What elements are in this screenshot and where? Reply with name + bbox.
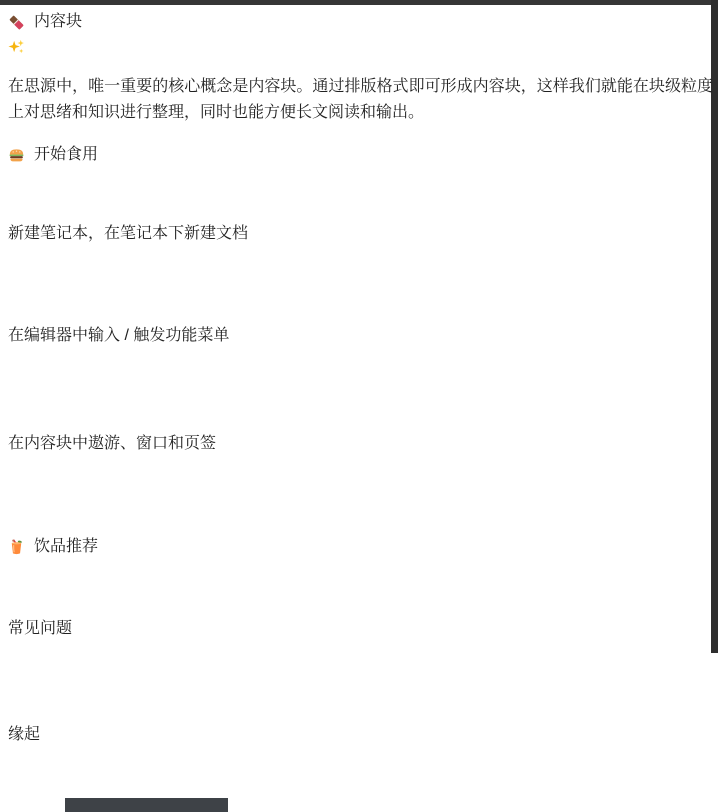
item-create-notebook[interactable]: 新建笔记本，在笔记本下新建文档 bbox=[8, 224, 248, 244]
chocolate-bar-icon bbox=[8, 14, 25, 31]
hamburger-icon bbox=[8, 147, 25, 164]
taskbar-fragment bbox=[65, 798, 228, 812]
sparkles-block[interactable] bbox=[8, 36, 25, 56]
document-page: { "colors": { "background": "#ffffff", "… bbox=[0, 0, 718, 812]
start-section-text: 开始食用 bbox=[34, 145, 98, 165]
item-roam-blocks[interactable]: 在内容块中遨游、窗口和页签 bbox=[8, 434, 216, 454]
drinks-section-text: 饮品推荐 bbox=[34, 537, 98, 557]
item-slash-menu[interactable]: 在编辑器中输入 / 触发功能菜单 bbox=[8, 326, 229, 346]
drinks-section-heading[interactable]: 饮品推荐 bbox=[8, 537, 98, 557]
intro-paragraph[interactable]: 在思源中，唯一重要的核心概念是内容块。通过排版格式即可形成内容块，这样我们就能在… bbox=[8, 74, 713, 126]
tropical-drink-icon bbox=[8, 539, 25, 556]
doc-title-block[interactable]: 内容块 bbox=[8, 12, 82, 32]
window-top-edge bbox=[0, 0, 718, 5]
sparkles-icon bbox=[8, 38, 25, 55]
item-origin[interactable]: 缘起 bbox=[8, 725, 40, 745]
item-faq[interactable]: 常见问题 bbox=[8, 619, 72, 639]
start-section-heading[interactable]: 开始食用 bbox=[8, 145, 98, 165]
doc-title-text: 内容块 bbox=[34, 12, 82, 32]
